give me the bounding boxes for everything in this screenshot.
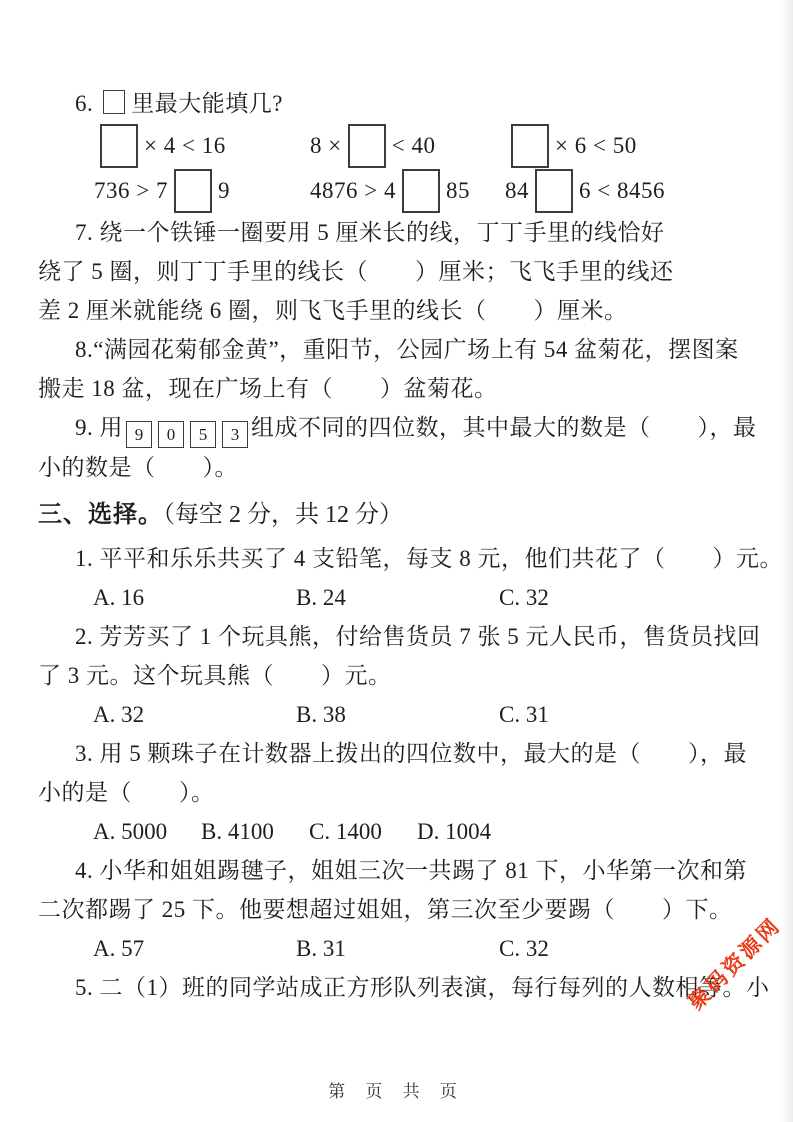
equation-text: 85 <box>446 178 470 204</box>
q6-equation-5: 4876 > 485 <box>310 169 505 213</box>
question-9-line-1: 9. 用9053组成不同的四位数，其中最大的数是（ ），最 <box>38 408 763 448</box>
blank-box-icon <box>402 169 440 213</box>
blank-box-icon <box>535 169 573 213</box>
page-footer: 第 页 共 页 <box>0 1077 793 1102</box>
exam-content: 6.里最大能填几? × 4 < 16 8 ×< 40 × 6 < 50 736 … <box>0 0 793 1007</box>
blank-box-icon <box>348 124 386 168</box>
question-8-line-1: 8.“满园花菊郁金黄”，重阳节，公园广场上有 54 盆菊花，摆图案 <box>38 330 763 369</box>
blank-box-icon <box>100 124 138 168</box>
equation-text: < 40 <box>392 133 436 159</box>
choice-2-line-1: 2. 芳芳买了 1 个玩具熊，付给售货员 7 张 5 元人民币，售货员找回 <box>38 617 763 656</box>
option-b: B. 38 <box>296 695 499 734</box>
equation-text: × 4 < 16 <box>144 133 226 159</box>
choice-2-options: A. 32B. 38C. 31 <box>38 695 763 734</box>
digit-box: 3 <box>222 421 248 448</box>
q6-equation-3: × 6 < 50 <box>505 124 637 168</box>
question-6-prompt: 里最大能填几? <box>131 91 283 116</box>
option-b: B. 31 <box>296 929 499 968</box>
question-6-row-1: × 4 < 16 8 ×< 40 × 6 < 50 <box>38 123 763 168</box>
blank-box-icon <box>511 124 549 168</box>
section-3-heading: 三、选择。（每空 2 分，共 12 分） <box>38 495 763 535</box>
option-c: C. 31 <box>499 695 549 734</box>
option-c: C. 32 <box>499 578 549 617</box>
equation-text: × 6 < 50 <box>555 133 637 159</box>
question-6-row-2: 736 > 79 4876 > 485 846 < 8456 <box>38 168 763 213</box>
q6-equation-6: 846 < 8456 <box>505 169 665 213</box>
q6-equation-4: 736 > 79 <box>94 169 310 213</box>
equation-text: 6 < 8456 <box>579 178 665 204</box>
question-9-line-2: 小的数是（ ）。 <box>38 448 763 487</box>
choice-3-options: A. 5000B. 4100C. 1400D. 1004 <box>38 812 763 851</box>
equation-text: 9 <box>218 178 230 204</box>
option-a: A. 57 <box>93 929 296 968</box>
exam-page: 6.里最大能填几? × 4 < 16 8 ×< 40 × 6 < 50 736 … <box>0 0 793 1122</box>
equation-text: 8 × <box>310 133 342 159</box>
question-9-tail: 组成不同的四位数，其中最大的数是（ ），最 <box>251 415 757 440</box>
section-3-title: 三、选择。 <box>38 502 163 528</box>
option-c: C. 1400 <box>309 812 417 851</box>
choice-5-line-1: 5. 二（1）班的同学站成正方形队列表演，每行每列的人数相等。小 <box>38 968 763 1007</box>
section-3-score-note: （每空 2 分，共 12 分） <box>163 502 403 528</box>
choice-4-line-2: 二次都踢了 25 下。他要想超过姐姐，第三次至少要踢（ ）下。 <box>38 890 763 929</box>
choice-3-line-2: 小的是（ ）。 <box>38 773 763 812</box>
digit-box: 0 <box>158 421 184 448</box>
choice-3-line-1: 3. 用 5 颗珠子在计数器上拨出的四位数中，最大的是（ ），最 <box>38 734 763 773</box>
q6-equation-2: 8 ×< 40 <box>310 124 505 168</box>
digit-box: 9 <box>126 421 152 448</box>
choice-4-options: A. 57B. 31C. 32 <box>38 929 763 968</box>
question-7-line-1: 7. 绕一个铁锤一圈要用 5 厘米长的线，丁丁手里的线恰好 <box>38 213 763 252</box>
q6-equation-1: × 4 < 16 <box>94 124 310 168</box>
choice-1-line-1: 1. 平平和乐乐共买了 4 支铅笔，每支 8 元，他们共花了（ ）元。 <box>38 539 763 578</box>
blank-box-icon <box>103 90 125 114</box>
question-8-line-2: 搬走 18 盆，现在广场上有（ ）盆菊花。 <box>38 369 763 408</box>
choice-4-line-1: 4. 小华和姐姐踢毽子，姐姐三次一共踢了 81 下，小华第一次和第 <box>38 851 763 890</box>
digit-box: 5 <box>190 421 216 448</box>
option-a: A. 5000 <box>93 812 201 851</box>
option-b: B. 4100 <box>201 812 309 851</box>
choice-1-options: A. 16B. 24C. 32 <box>38 578 763 617</box>
option-b: B. 24 <box>296 578 499 617</box>
equation-text: 736 > 7 <box>94 178 168 204</box>
blank-box-icon <box>174 169 212 213</box>
question-7-line-2: 绕了 5 圈，则丁丁手里的线长（ ）厘米；飞飞手里的线还 <box>38 252 763 291</box>
option-d: D. 1004 <box>417 812 491 851</box>
option-a: A. 32 <box>93 695 296 734</box>
option-c: C. 32 <box>499 929 549 968</box>
choice-2-line-2: 了 3 元。这个玩具熊（ ）元。 <box>38 656 763 695</box>
option-a: A. 16 <box>93 578 296 617</box>
equation-text: 4876 > 4 <box>310 178 396 204</box>
question-9-lead: 9. 用 <box>75 415 123 440</box>
question-6-number: 6. <box>75 91 93 116</box>
question-6-heading: 6.里最大能填几? <box>38 84 763 123</box>
question-7-line-3: 差 2 厘米就能绕 6 圈，则飞飞手里的线长（ ）厘米。 <box>38 291 763 330</box>
equation-text: 84 <box>505 178 529 204</box>
